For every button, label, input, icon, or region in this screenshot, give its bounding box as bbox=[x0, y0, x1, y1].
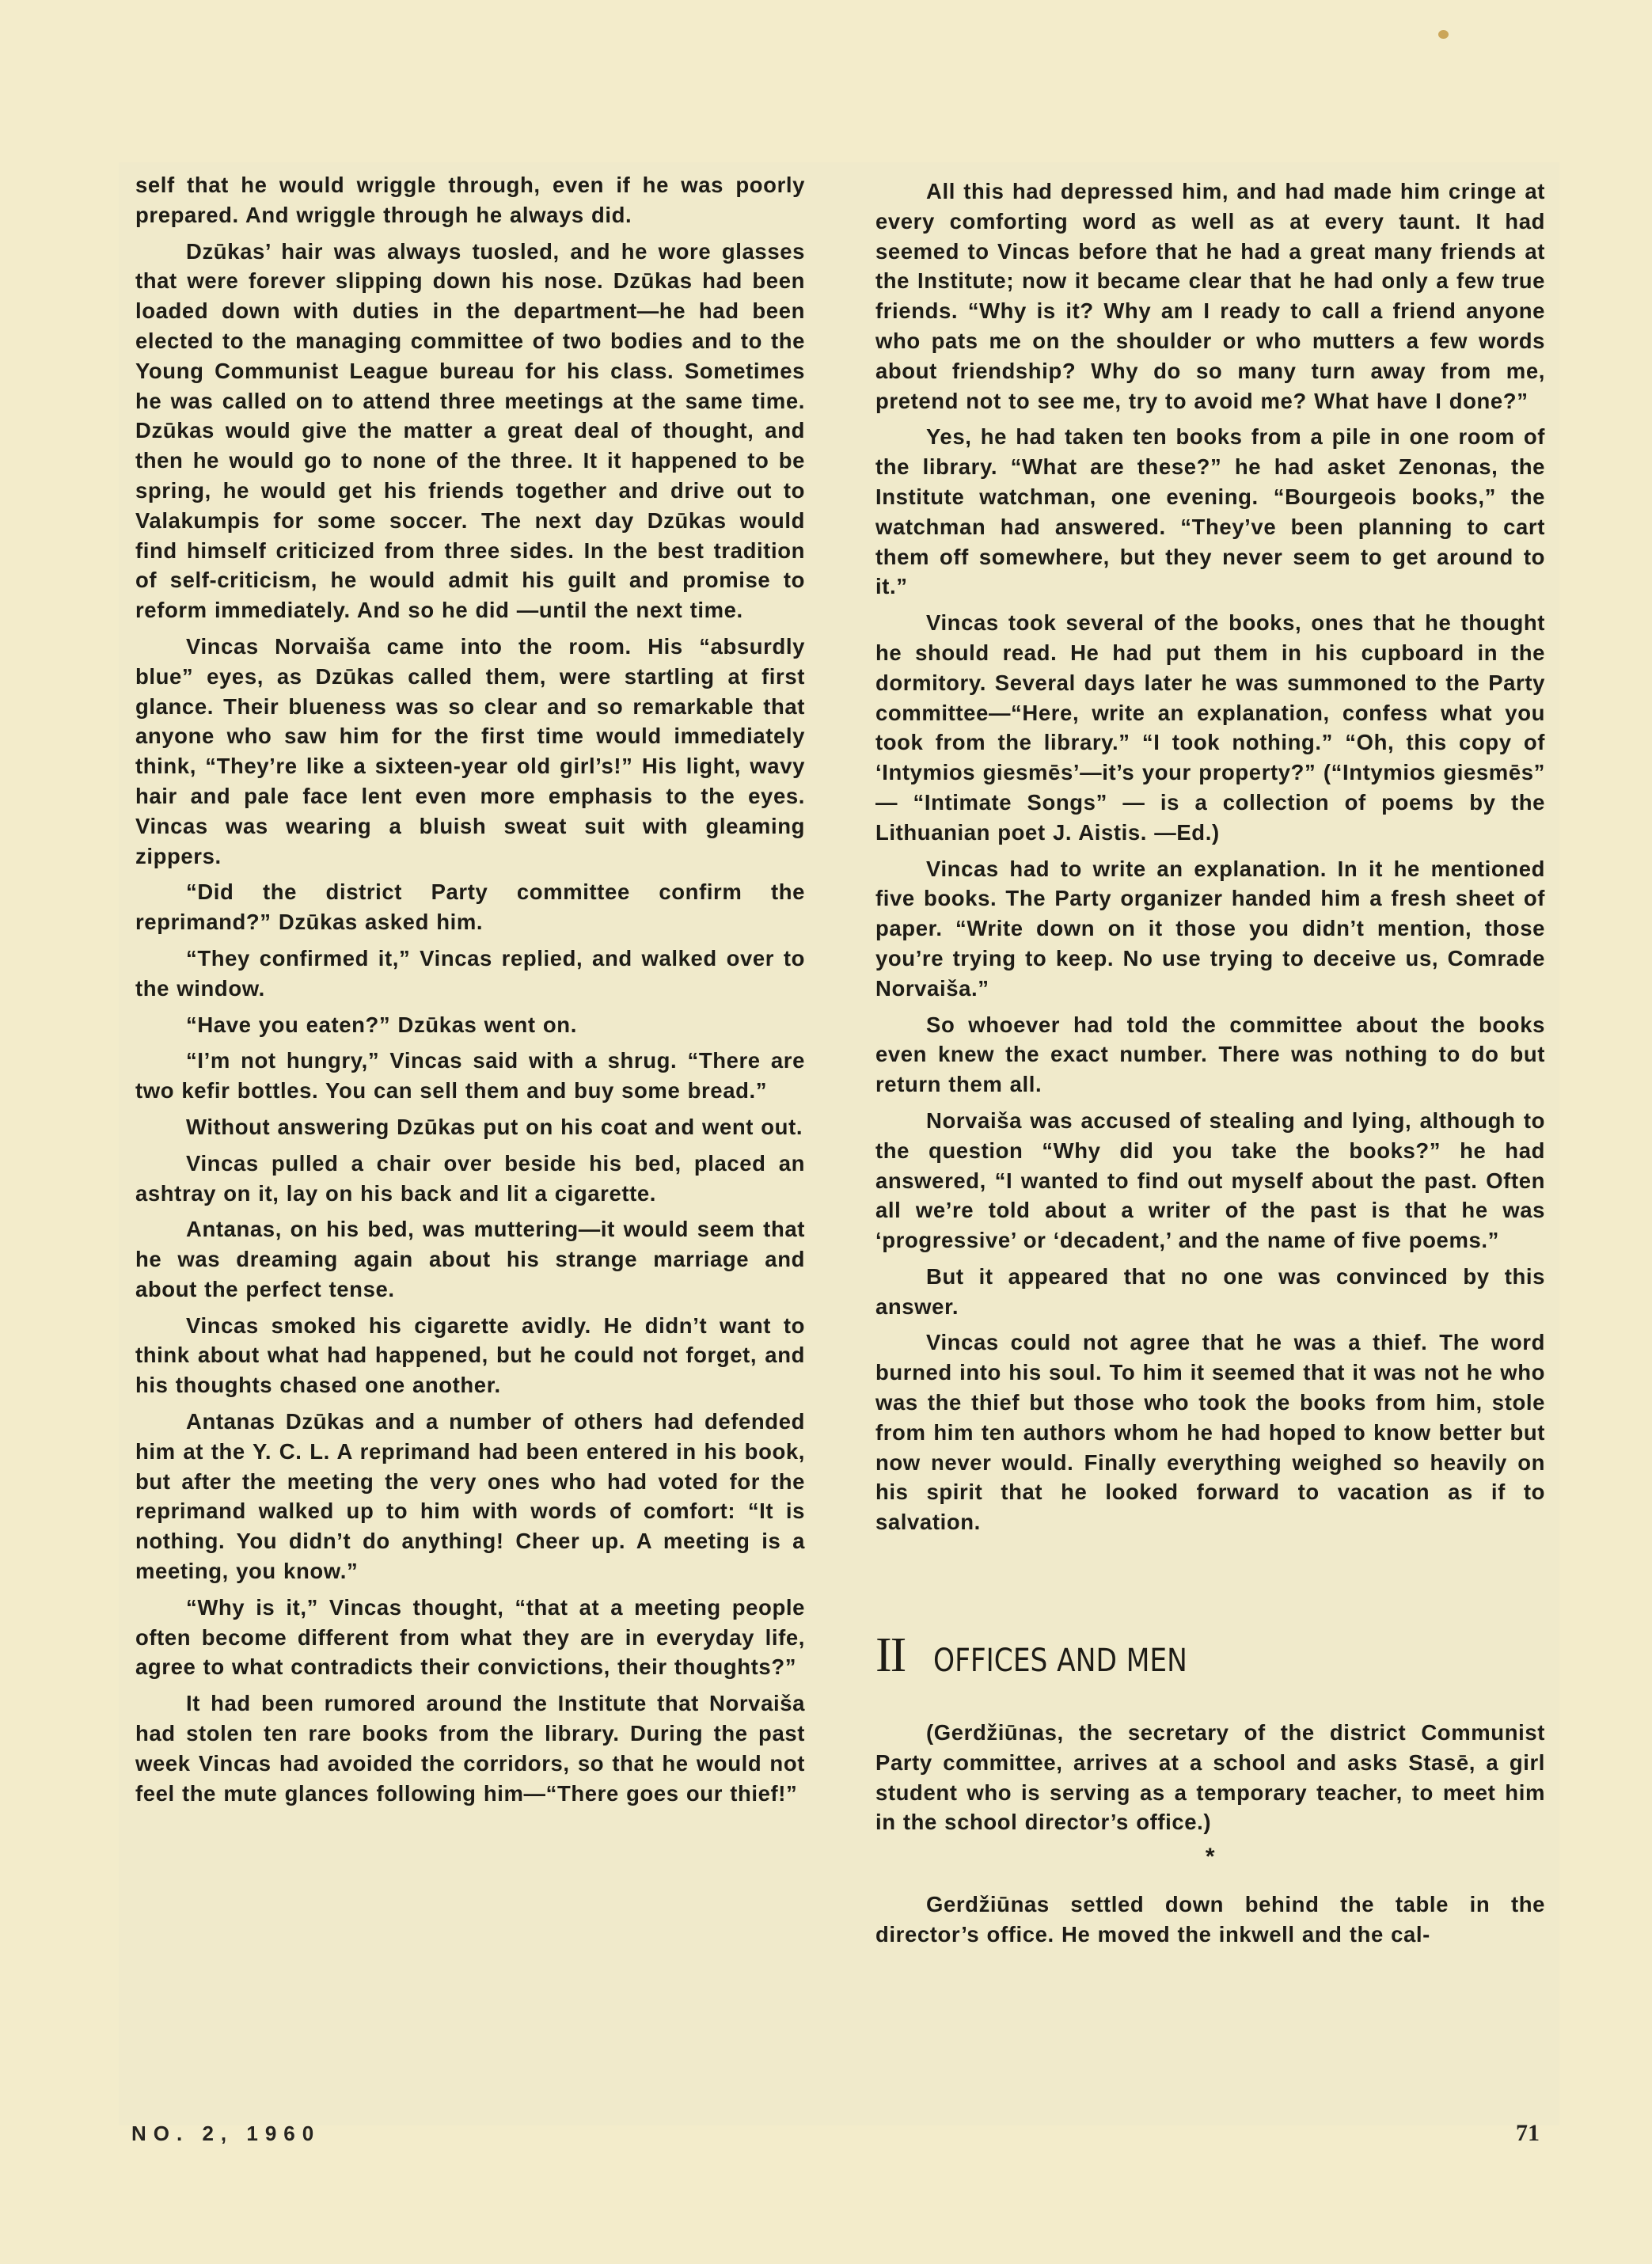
paragraph: It had been rumored around the Institute… bbox=[135, 1689, 805, 1808]
paragraph: Vincas had to write an explanation. In i… bbox=[875, 854, 1545, 1004]
paragraph: “Why is it,” Vincas thought, “that at a … bbox=[135, 1593, 805, 1682]
issue-label: NO. 2, 1960 bbox=[131, 2122, 321, 2146]
paragraph: Vincas Norvaiša came into the room. His … bbox=[135, 632, 805, 871]
paragraph: self that he would wriggle through, even… bbox=[135, 170, 805, 230]
paragraph: Vincas could not agree that he was a thi… bbox=[875, 1328, 1545, 1537]
page-number: 71 bbox=[1516, 2120, 1540, 2147]
section-numeral: II bbox=[875, 1631, 905, 1680]
asterisk-separator-icon: * bbox=[875, 1845, 1545, 1869]
right-column: All this had depressed him, and had made… bbox=[875, 177, 1545, 1956]
paragraph: Vincas smoked his cigarette avidly. He d… bbox=[135, 1311, 805, 1400]
paragraph: Vincas pulled a chair over beside his be… bbox=[135, 1149, 805, 1209]
paragraph: Dzūkas’ hair was always tuosled, and he … bbox=[135, 237, 805, 625]
section-title: OFFICES AND MEN bbox=[933, 1647, 1187, 1677]
paragraph: “They confirmed it,” Vincas replied, and… bbox=[135, 944, 805, 1004]
paragraph: Antanas, on his bed, was muttering—it wo… bbox=[135, 1214, 805, 1304]
paragraph: But it appeared that no one was convince… bbox=[875, 1262, 1545, 1322]
paragraph: So whoever had told the committee about … bbox=[875, 1010, 1545, 1100]
left-column: self that he would wriggle through, even… bbox=[135, 170, 805, 1814]
paragraph: “I’m not hungry,” Vincas said with a shr… bbox=[135, 1046, 805, 1106]
paragraph: “Have you eaten?” Dzūkas went on. bbox=[135, 1010, 805, 1040]
paragraph: Antanas Dzūkas and a number of others ha… bbox=[135, 1407, 805, 1586]
paragraph: Vincas took several of the books, ones t… bbox=[875, 608, 1545, 847]
paragraph: Norvaiša was accused of stealing and lyi… bbox=[875, 1106, 1545, 1255]
paragraph: All this had depressed him, and had made… bbox=[875, 177, 1545, 416]
paragraph: Without answering Dzūkas put on his coat… bbox=[135, 1112, 805, 1142]
section-heading: II OFFICES AND MEN bbox=[875, 1631, 1545, 1680]
paragraph: Yes, he had taken ten books from a pile … bbox=[875, 422, 1545, 602]
paragraph: Gerdžiūnas settled down behind the table… bbox=[875, 1890, 1545, 1950]
paper-speck bbox=[1438, 30, 1449, 39]
paragraph: “Did the district Party committee confir… bbox=[135, 877, 805, 937]
section-synopsis: (Gerdžiūnas, the secretary of the distri… bbox=[875, 1718, 1545, 1837]
